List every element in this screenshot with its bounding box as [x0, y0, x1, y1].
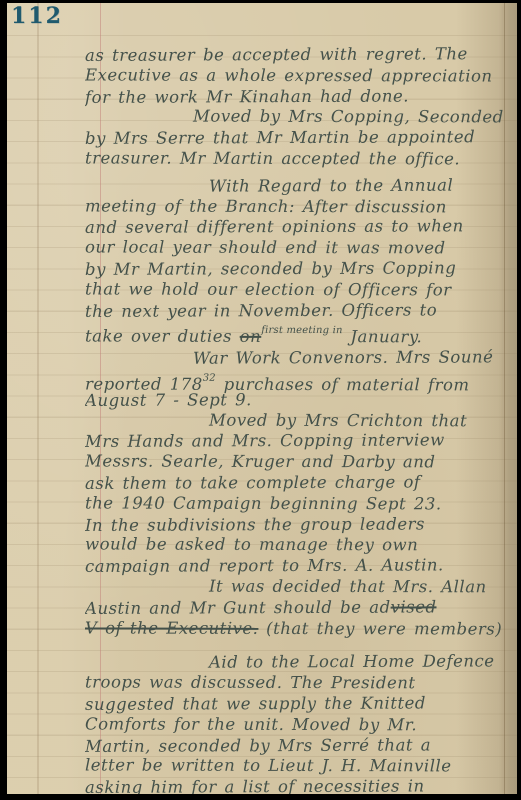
text-segment: the next year in November. Officers to [85, 300, 437, 321]
text-segment: meeting of the Branch: After discussion [85, 196, 447, 216]
text-segment: first meeting in [261, 325, 342, 336]
handwritten-line: meeting of the Branch: After discussion [85, 196, 511, 218]
text-segment: With Regard to the Annual [209, 175, 453, 195]
text-segment: Moved by Mrs Copping, Seconded [193, 107, 504, 127]
handwritten-line: by Mrs Serre that Mr Martin be appointed [85, 127, 511, 150]
handwritten-line: With Regard to the Annual [209, 175, 511, 197]
text-segment: Martin, seconded by Mrs Serré that a [85, 735, 431, 756]
handwritten-line: troops was discussed. The President [85, 673, 511, 695]
handwritten-line: asking him for a list of necessities in [85, 776, 511, 794]
handwritten-line: the 1940 Campaign beginning Sept 23. [85, 493, 511, 515]
text-segment: August 7 - Sept 9. [85, 390, 252, 410]
text-segment: Moved by Mrs Crichton that [209, 410, 467, 430]
text-segment: as treasurer be accepted with regret. Th… [85, 45, 468, 65]
handwritten-line: for the work Mr Kinahan had done. [85, 86, 511, 109]
handwritten-line: Moved by Mrs Crichton that [209, 410, 511, 432]
handwritten-line: campaign and report to Mrs. A. Austin. [85, 555, 511, 578]
handwritten-line: treasurer. Mr Martin accepted the office… [85, 148, 511, 170]
handwritten-line: Messrs. Searle, Kruger and Darby and [85, 452, 511, 474]
text-segment: by Mrs Serre that Mr Martin be appointed [85, 127, 475, 148]
text-segment: treasurer. Mr Martin accepted the office… [85, 148, 460, 168]
handwritten-line: In the subdivisions the group leaders [85, 514, 511, 537]
handwritten-line: ask them to take complete charge of [85, 472, 511, 495]
text-segment: Austin and Mr Gunt should be ad [85, 597, 391, 617]
handwritten-line: Moved by Mrs Copping, Seconded [193, 107, 511, 129]
text-segment: vised [391, 597, 437, 616]
handwritten-line: It was decided that Mrs. Allan [209, 577, 511, 599]
handwritten-line: as treasurer be accepted with regret. Th… [85, 45, 511, 67]
handwritten-line: letter be written to Lieut J. H. Mainvil… [85, 756, 511, 778]
text-segment: January. [343, 327, 423, 346]
text-segment: (that they were members) [258, 618, 502, 638]
handwritten-line: Austin and Mr Gunt should be advised [85, 597, 511, 620]
text-segment: Comforts for the unit. Moved by Mr. [85, 714, 417, 734]
text-segment: by Mr Martin, seconded by Mrs Copping [85, 258, 456, 279]
handwriting-block: as treasurer be accepted with regret. Th… [85, 45, 511, 794]
text-segment: on [240, 327, 262, 346]
text-segment: Mrs Hands and Mrs. Copping interview [85, 431, 445, 452]
handwritten-line: Executive as a whole expressed appreciat… [85, 65, 511, 87]
handwritten-line: War Work Convenors. Mrs Souné [193, 347, 511, 369]
handwritten-line: and several different opinions as to whe… [85, 216, 511, 239]
text-segment: troops was discussed. The President [85, 673, 416, 693]
text-segment: In the subdivisions the group leaders [85, 514, 425, 534]
text-segment: Aid to the Local Home Defence [209, 652, 495, 672]
handwritten-line: Comforts for the unit. Moved by Mr. [85, 714, 511, 736]
handwritten-line: that we hold our election of Officers fo… [85, 279, 511, 301]
text-segment: It was decided that Mrs. Allan [209, 577, 487, 597]
text-segment: War Work Convenors. Mrs Souné [193, 348, 493, 368]
text-segment: for the work Mr Kinahan had done. [85, 86, 409, 106]
text-segment: letter be written to Lieut J. H. Mainvil… [85, 756, 452, 776]
handwritten-line: take over duties onfirst meeting in Janu… [85, 321, 511, 343]
text-segment: our local year should end it was moved [85, 238, 446, 258]
handwritten-line: suggested that we supply the Knitted [85, 693, 511, 716]
handwritten-line: reported 17832 purchases of material fro… [85, 368, 511, 390]
left-crease-line [37, 3, 39, 794]
text-segment: V of the Executive. [85, 618, 258, 637]
paper-page: 112 as treasurer be accepted with regret… [7, 3, 517, 794]
text-segment: asking him for a list of necessities in [85, 777, 425, 794]
handwritten-line: Martin, seconded by Mrs Serré that a [85, 735, 511, 758]
text-segment: would be asked to manage they own [85, 535, 418, 555]
handwritten-line: our local year should end it was moved [85, 238, 511, 260]
text-segment: that we hold our election of Officers fo… [85, 279, 452, 299]
text-segment: 32 [203, 373, 216, 384]
text-segment: Messrs. Searle, Kruger and Darby and [85, 452, 435, 472]
page-number: 112 [11, 3, 63, 29]
handwritten-line: the next year in November. Officers to [85, 300, 511, 323]
text-segment: and several different opinions as to whe… [85, 217, 464, 238]
handwritten-line: August 7 - Sept 9. [85, 389, 511, 412]
text-segment: suggested that we supply the Knitted [85, 693, 426, 713]
text-segment: the 1940 Campaign beginning Sept 23. [85, 493, 442, 513]
text-segment: campaign and report to Mrs. A. Austin. [85, 555, 444, 576]
handwritten-line: V of the Executive. (that they were memb… [85, 618, 511, 640]
handwritten-line: would be asked to manage they own [85, 535, 511, 557]
text-segment: ask them to take complete charge of [85, 472, 421, 492]
handwritten-line: by Mr Martin, seconded by Mrs Copping [85, 258, 511, 281]
handwritten-line: Aid to the Local Home Defence [209, 652, 511, 674]
handwritten-line: Mrs Hands and Mrs. Copping interview [85, 430, 511, 453]
scanned-minute-book-page: { "page": { "number": "112" }, "colors":… [0, 0, 521, 800]
text-segment: take over duties [85, 327, 240, 346]
text-segment: Executive as a whole expressed appreciat… [85, 65, 493, 85]
